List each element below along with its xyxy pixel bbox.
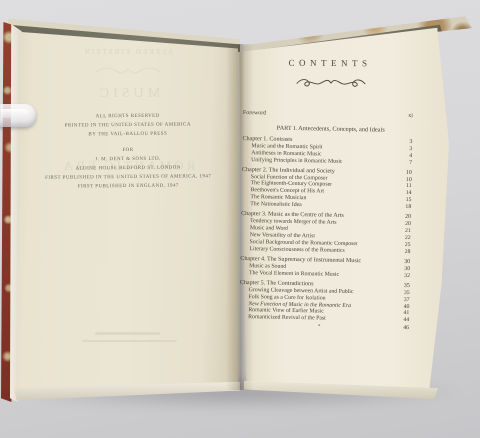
ghost-author-text: ALFRED EINSTEIN [38,48,218,56]
toc-entry-page-number: xi [404,113,413,120]
contents-title: CONTENTS [250,57,410,68]
toc-entry-label: The Nationalistic Idea [241,201,302,209]
toc-row: PART I. Antecedents, Concepts, and Ideal… [243,125,413,135]
ghost-flourish-icon [93,64,163,78]
toc-entry-page-number: 18 [401,204,411,211]
toc-entry-label: The Vocal Element in Romantic Music [240,270,339,279]
toc-entry-page-number: 28 [401,249,411,256]
ghost-imprint-line [95,332,160,335]
photo-open-book: ALFRED EINSTEIN MUSIC ROMANTIC ERA ALL R… [0,0,480,438]
toc-entry-label: Literary Consciousness of the Romantics [240,246,344,255]
toc-entry-page-number: 44 [399,317,409,324]
copyright-block: ALL RIGHTS RESERVEDPRINTED IN THE UNITED… [26,111,231,192]
book-stand-clip [0,104,36,127]
copyright-line: FIRST PUBLISHED IN ENGLAND, 1947 [26,181,230,192]
toc-list: ForewordxiPART I. Antecedents, Concepts,… [239,110,413,333]
copyright-lines-top: ALL RIGHTS RESERVEDPRINTED IN THE UNITED… [26,111,230,140]
clip-highlight [1,109,29,118]
ghost-imprint-line [82,340,177,342]
toc-entry-label: Foreword [243,110,266,117]
toc-entry-label: Unifying Principles in Romantic Music [242,157,343,166]
toc-entry-label: PART I. Antecedents, Concepts, and Ideal… [277,126,385,135]
toc-entry-page-number: 32 [400,273,410,280]
contents-flourish-icon [295,76,367,91]
left-page [16,28,238,400]
copyright-lines-bottom: FORJ. M. DENT & SONS LTD.ALDINE HOUSE BE… [26,145,230,192]
ghost-title-music: MUSIC [38,86,218,102]
toc-entry-page-number: 7 [405,160,412,167]
toc-entry-page-number: 46 [399,325,409,332]
